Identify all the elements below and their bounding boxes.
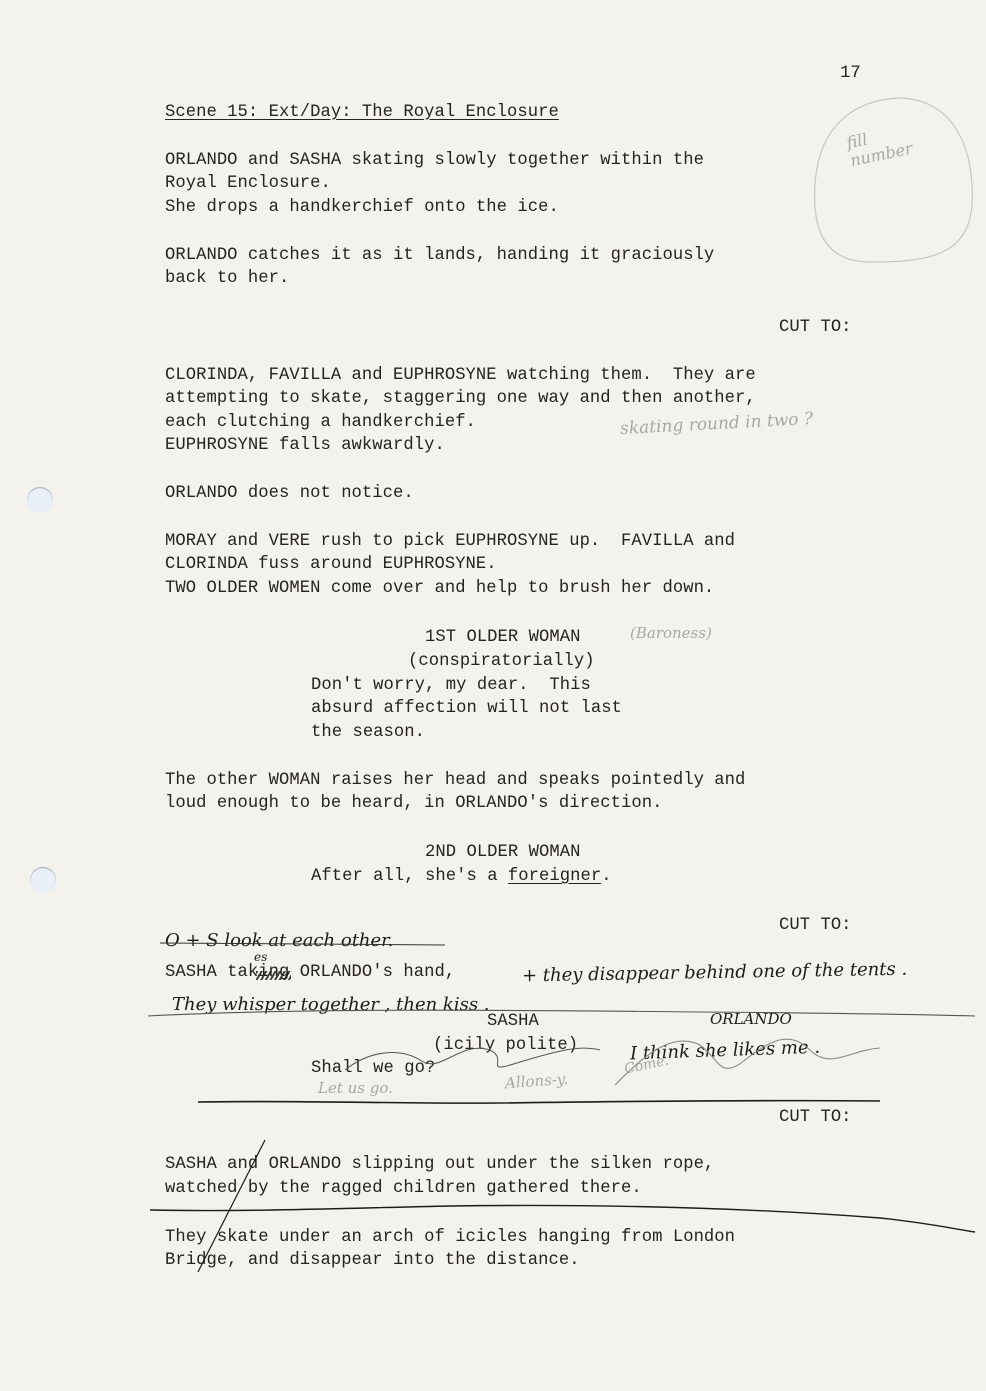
action-line: EUPHROSYNE falls awkwardly. bbox=[165, 434, 445, 458]
dialogue-line: Don't worry, my dear. This bbox=[311, 674, 591, 698]
transition: CUT TO: bbox=[779, 1106, 852, 1130]
dialogue-line: absurd affection will not last bbox=[311, 697, 622, 721]
action-line: loud enough to be heard, in ORLANDO's di… bbox=[165, 792, 662, 816]
character-name: SASHA bbox=[487, 1010, 539, 1034]
action-text: ORLANDO's hand, bbox=[289, 963, 455, 982]
action-line: CLORINDA fuss around EUPHROSYNE. bbox=[165, 553, 497, 577]
action-line: attempting to skate, staggering one way … bbox=[165, 387, 756, 411]
pencil-note-allons: Allons-y. bbox=[504, 1070, 568, 1092]
dialogue-line: After all, she's a foreigner. bbox=[311, 865, 612, 889]
action-line: ORLANDO and SASHA skating slowly togethe… bbox=[165, 149, 704, 173]
ink-insert: es bbox=[254, 950, 267, 964]
action-line: ORLANDO catches it as it lands, handing … bbox=[165, 244, 714, 268]
ink-character-name: ORLANDO bbox=[710, 1010, 792, 1028]
dialogue-line: the season. bbox=[311, 721, 425, 745]
pencil-circle bbox=[815, 98, 973, 262]
pencil-note-skating: skating round in two ? bbox=[620, 409, 814, 439]
action-line: back to her. bbox=[165, 267, 289, 291]
action-line: each clutching a handkerchief. bbox=[165, 411, 476, 435]
action-text: SASHA tak bbox=[165, 963, 258, 982]
action-line: SASHA taking ORLANDO's hand, bbox=[165, 961, 455, 985]
punch-hole bbox=[30, 867, 56, 893]
ink-note-disappear: + they disappear behind one of the tents… bbox=[522, 959, 907, 987]
struck-text: ing bbox=[258, 963, 289, 982]
parenthetical: (conspiratorially) bbox=[408, 650, 595, 674]
page-number: 17 bbox=[840, 62, 861, 86]
action-line: Royal Enclosure. bbox=[165, 172, 331, 196]
action-line: The other WOMAN raises her head and spea… bbox=[165, 769, 745, 793]
ink-note-whisper: They whisper together , then kiss . bbox=[172, 994, 490, 1015]
parenthetical: (icily polite) bbox=[433, 1034, 578, 1058]
action-line: She drops a handkerchief onto the ice. bbox=[165, 196, 559, 220]
action-line: CLORINDA, FAVILLA and EUPHROSYNE watchin… bbox=[165, 364, 756, 388]
action-line: watched by the ragged children gathered … bbox=[165, 1177, 642, 1201]
action-line: TWO OLDER WOMEN come over and help to br… bbox=[165, 577, 714, 601]
action-line: They skate under an arch of icicles hang… bbox=[165, 1226, 735, 1250]
character-name: 2ND OLDER WOMAN bbox=[425, 841, 580, 865]
punch-hole bbox=[27, 487, 53, 513]
pencil-note-circle: fillnumber bbox=[845, 122, 914, 170]
transition: CUT TO: bbox=[779, 316, 852, 340]
emphasis-text: foreigner bbox=[508, 867, 601, 886]
dialogue-text: After all, she's a bbox=[311, 867, 508, 886]
action-line: Bridge, and disappear into the distance. bbox=[165, 1249, 580, 1273]
character-name: 1ST OLDER WOMAN bbox=[425, 626, 580, 650]
pencil-note-letusgo: Let us go. bbox=[318, 1079, 393, 1097]
scene-heading: Scene 15: Ext/Day: The Royal Enclosure bbox=[165, 101, 559, 125]
transition: CUT TO: bbox=[779, 914, 852, 938]
dialogue-text: . bbox=[601, 867, 611, 886]
action-line: ORLANDO does not notice. bbox=[165, 482, 414, 506]
ink-dialogue: I think she likes me . bbox=[630, 1037, 821, 1065]
dialogue-line: Shall we go? bbox=[311, 1057, 435, 1081]
script-page: 17 Scene 15: Ext/Day: The Royal Enclosur… bbox=[0, 0, 986, 1391]
action-line: MORAY and VERE rush to pick EUPHROSYNE u… bbox=[165, 530, 735, 554]
action-line: SASHA and ORLANDO slipping out under the… bbox=[165, 1153, 714, 1177]
ink-note-look: O + S look at each other. bbox=[165, 930, 394, 951]
pencil-note-character: (Baroness) bbox=[630, 624, 712, 642]
